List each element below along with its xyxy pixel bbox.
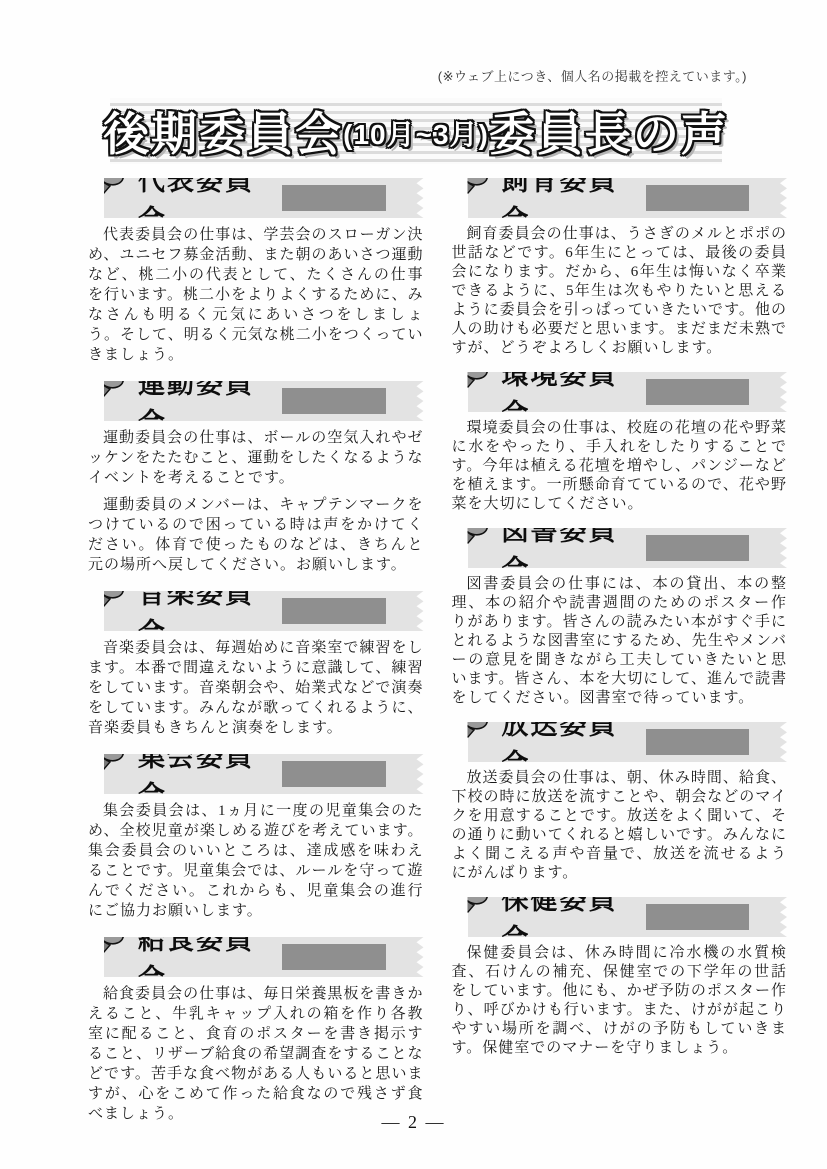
committee-text: 音楽委員会は、毎週始めに音楽室で練習をします。本番で間違えないように意識して、練… [88,638,424,738]
committee-text: 代表委員会の仕事は、学芸会のスローガン決め、ユニセフ募金活動、また朝のあいさつ運… [88,225,424,365]
section-undo-iinkai: 運動委員会 運動委員会の仕事は、ボールの空気入れやゼッケンをたたむこと、運動をし… [88,381,424,575]
pushpin-icon [450,881,496,929]
committee-header: 環境委員会 [468,372,788,412]
title-banner: 後期委員会(10月~3月)委員長の声 [110,98,722,164]
committee-header: 図書委員会 [468,528,788,568]
pushpin-icon [450,162,496,210]
right-column: 飼育委員会 飼育委員会の仕事は、うさぎのメルとポポの世話などです。6年生にとって… [452,178,788,1140]
page-number: — 2 — [0,1112,827,1133]
section-kyushoku-iinkai: 給食委員会 給食委員会の仕事は、毎日栄養黒板を書きかえること、牛乳キャップ入れの… [88,937,424,1124]
committee-text: 給食委員会の仕事は、毎日栄養黒板を書きかえること、牛乳キャップ入れの箱を作り各教… [88,984,424,1124]
committee-text: 環境委員会の仕事は、校庭の花壇の花や野菜に水をやったり、手入れをしたりすることで… [452,419,788,514]
pushpin-icon [86,162,132,210]
committee-header: 代表委員会 [104,178,424,218]
title-main-left: 後期委員会 [103,108,343,160]
committee-text: 飼育委員会の仕事は、うさぎのメルとポポの世話などです。6年生にとっては、最後の委… [452,225,788,358]
committee-text: 集会委員会は、1ヵ月に一度の児童集会のため、全校児童が楽しめる遊びを考えています… [88,801,424,921]
committee-text: 運動委員会の仕事は、ボールの空気入れやゼッケンをたたむこと、運動をしたくなるよう… [88,428,424,488]
title-period: (10月~3月) [343,119,489,150]
committee-text: 保健委員会は、休み時間に冷水機の水質検査、石けんの補充、保健室での下学年の世話を… [452,944,788,1058]
redacted-name-box [646,535,749,561]
pushpin-icon [450,356,496,404]
section-shiiku-iinkai: 飼育委員会 飼育委員会の仕事は、うさぎのメルとポポの世話などです。6年生にとって… [452,178,788,358]
redacted-name-box [646,729,749,755]
section-tosho-iinkai: 図書委員会 図書委員会の仕事には、本の貸出、本の整理、本の紹介や読書週間のための… [452,528,788,708]
redacted-name-box [646,379,749,405]
committee-text: 図書委員会の仕事には、本の貸出、本の整理、本の紹介や読書週間のためのポスター作り… [452,575,788,708]
pushpin-icon [86,921,132,969]
committee-header: 運動委員会 [104,381,424,421]
pushpin-icon [450,706,496,754]
redacted-name-box [282,761,385,787]
newsletter-page: (※ウェブ上につき、個人名の掲載を控えています。) 後期委員会(10月~3月)委… [0,0,827,1169]
section-ongaku-iinkai: 音楽委員会 音楽委員会は、毎週始めに音楽室で練習をします。本番で間違えないように… [88,591,424,738]
redacted-name-box [646,185,749,211]
committee-header: 飼育委員会 [468,178,788,218]
committee-header: 放送委員会 [468,722,788,762]
section-hoken-iinkai: 保健委員会 保健委員会は、休み時間に冷水機の水質検査、石けんの補充、保健室での下… [452,897,788,1058]
committee-text: 運動委員のメンバーは、キャプテンマークをつけているので困っている時は声をかけてく… [88,495,424,575]
pushpin-icon [86,365,132,413]
committee-text: 放送委員会の仕事は、朝、休み時間、給食、下校の時に放送を流すことや、朝会などのマ… [452,769,788,883]
committee-header: 給食委員会 [104,937,424,977]
redacted-name-box [646,904,749,930]
committee-header: 保健委員会 [468,897,788,937]
pushpin-icon [86,738,132,786]
committee-header: 集会委員会 [104,754,424,794]
redacted-name-box [282,598,385,624]
redacted-name-box [282,185,385,211]
section-hoso-iinkai: 放送委員会 放送委員会の仕事は、朝、休み時間、給食、下校の時に放送を流すことや、… [452,722,788,883]
committee-header: 音楽委員会 [104,591,424,631]
pushpin-icon [86,575,132,623]
title-main-right: 委員長の声 [489,108,729,160]
redacted-name-box [282,388,385,414]
two-column-body: 代表委員会 代表委員会の仕事は、学芸会のスローガン決め、ユニセフ募金活動、また朝… [88,178,787,1140]
left-column: 代表委員会 代表委員会の仕事は、学芸会のスローガン決め、ユニセフ募金活動、また朝… [88,178,424,1140]
section-daihyo-iinkai: 代表委員会 代表委員会の仕事は、学芸会のスローガン決め、ユニセフ募金活動、また朝… [88,178,424,365]
section-shukai-iinkai: 集会委員会 集会委員会は、1ヵ月に一度の児童集会のため、全校児童が楽しめる遊びを… [88,754,424,921]
page-title: 後期委員会(10月~3月)委員長の声 [103,98,729,164]
section-kankyo-iinkai: 環境委員会 環境委員会の仕事は、校庭の花壇の花や野菜に水をやったり、手入れをした… [452,372,788,514]
pushpin-icon [450,512,496,560]
redacted-name-box [282,944,385,970]
privacy-note: (※ウェブ上につき、個人名の掲載を控えています。) [0,66,747,85]
